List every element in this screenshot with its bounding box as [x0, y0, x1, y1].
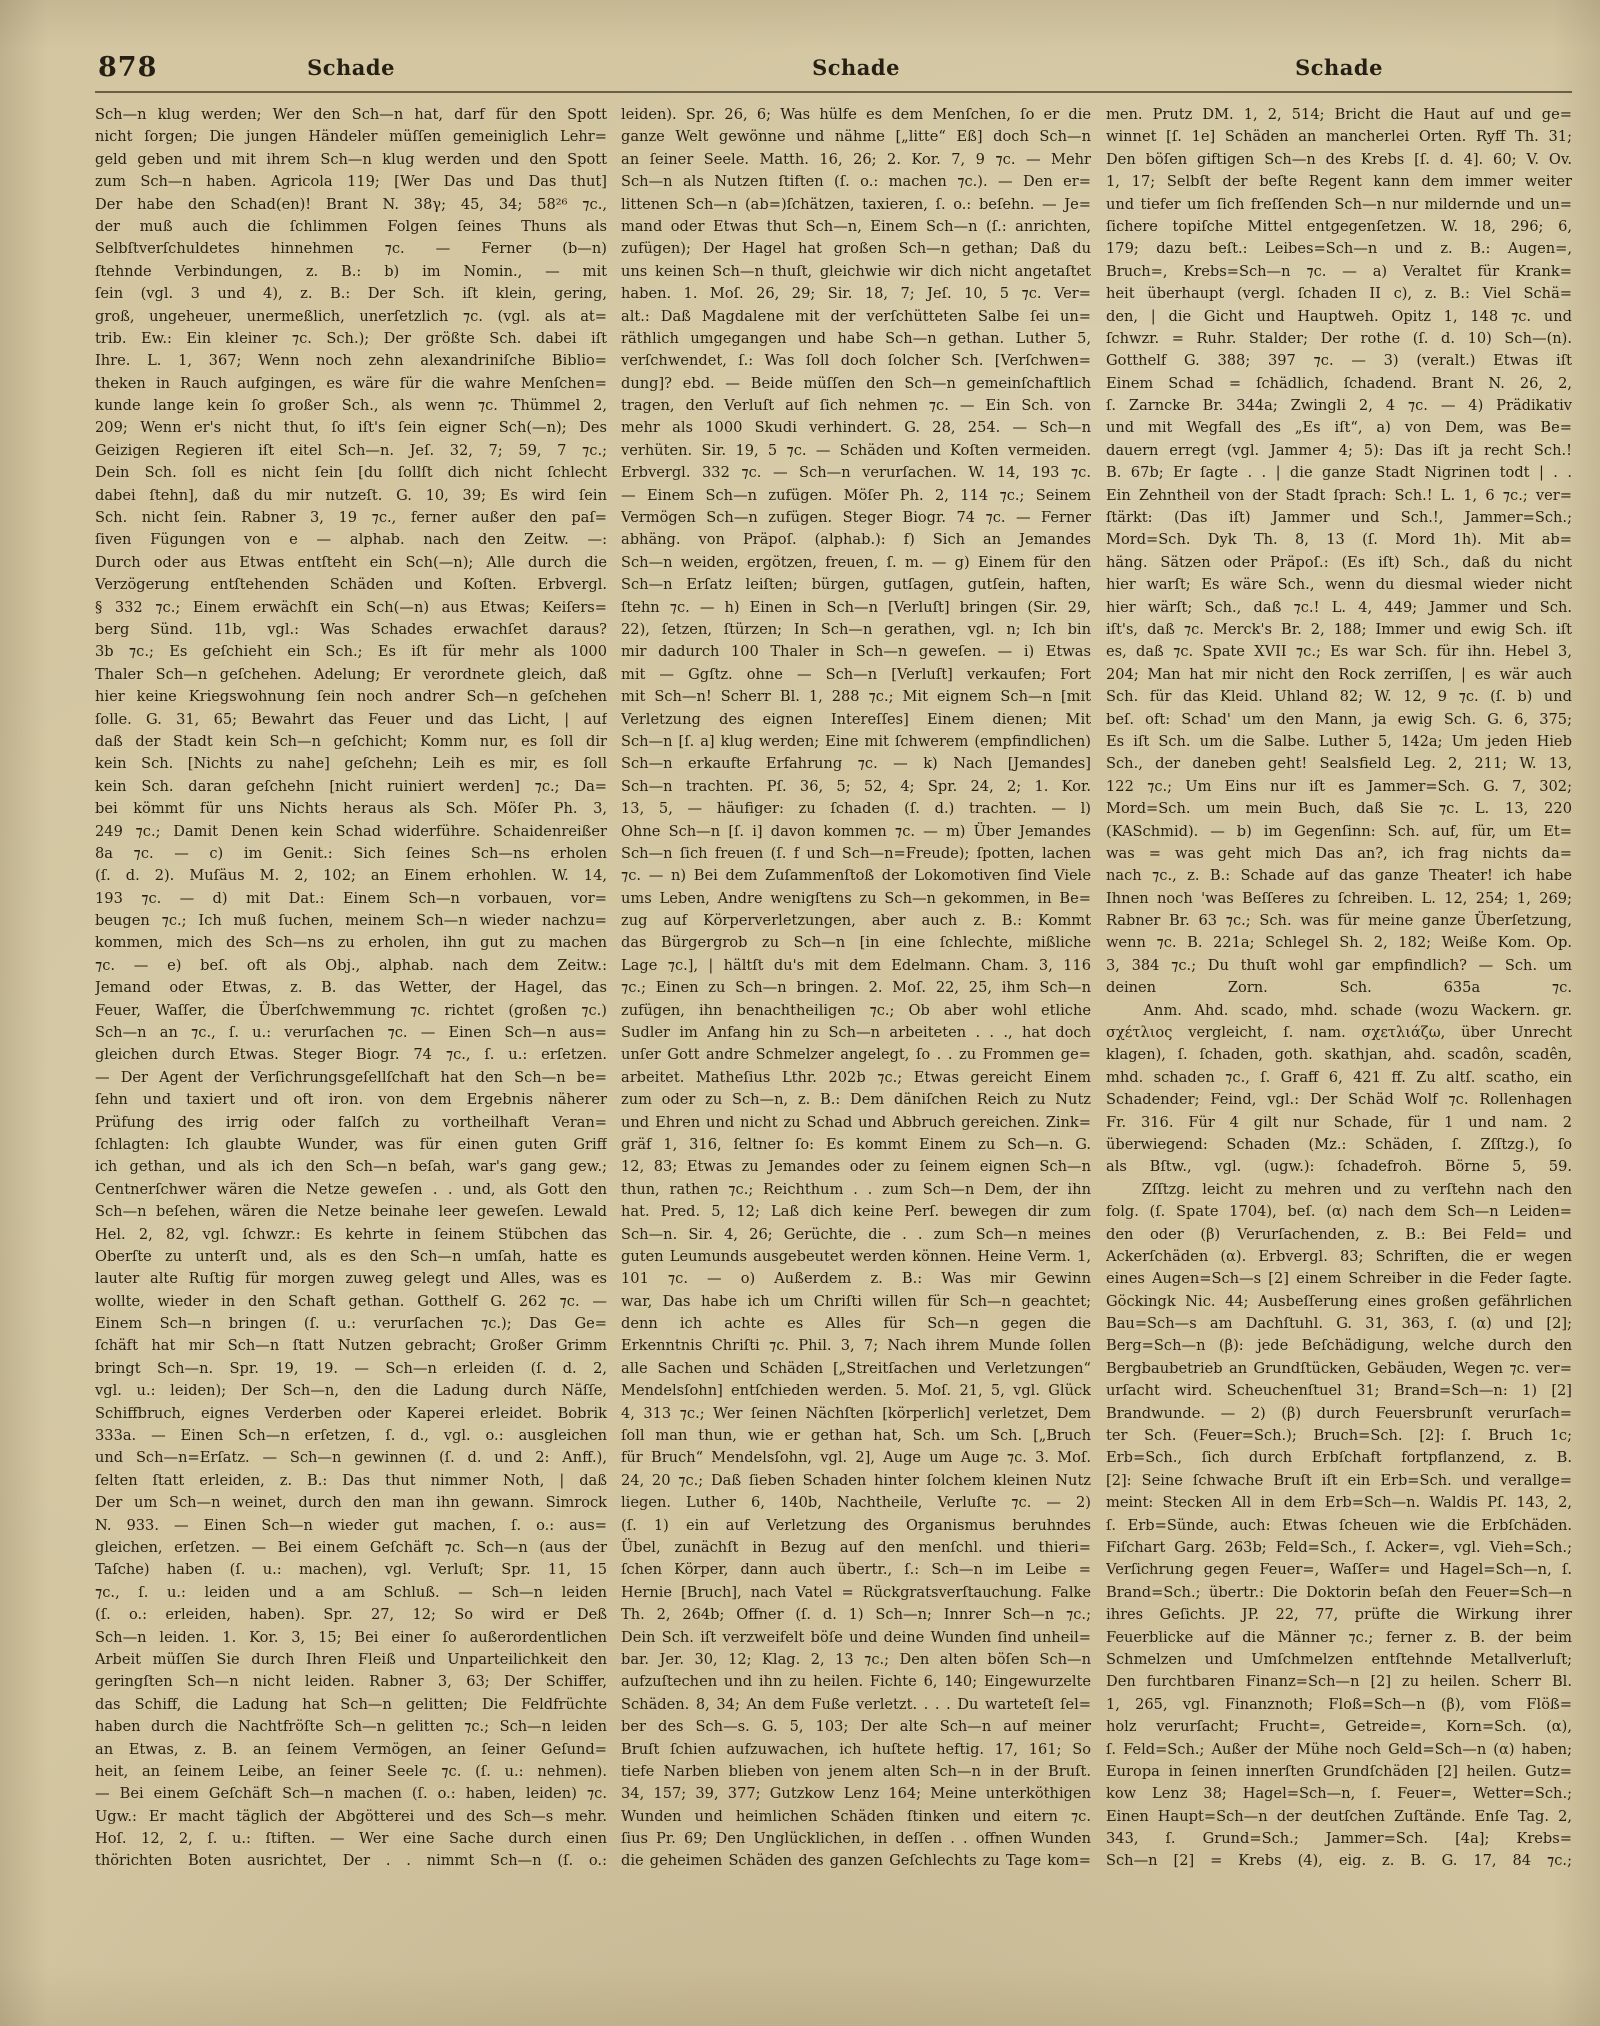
text-line: 22), ſetzen, ſtürzen; In Sch—n gerathen,…: [621, 619, 1091, 641]
text-line: N. 933. — Einen Sch—n wieder gut machen,…: [95, 1515, 607, 1537]
text-line: ſtärkt: (Das iſt) Jammer und Sch.!, Jamm…: [1106, 507, 1572, 529]
text-line: tragen, den Verluſt auf ſich nehmen ⁊c. …: [621, 395, 1091, 417]
text-line: 193 ⁊c. — d) mit Dat.: Einem Sch—n vorba…: [95, 888, 607, 910]
text-line: Brandwunde. — 2) (β) durch Feuersbrunſt …: [1106, 1403, 1572, 1425]
text-line: Ein Zehntheil von der Stadt ſprach: Sch.…: [1106, 485, 1572, 507]
text-line: ſichere topiſche Mittel entgegenſetzen. …: [1106, 216, 1572, 238]
text-line: was = was geht mich Das an?, ich frag ni…: [1106, 843, 1572, 865]
text-line: ſ. Erb=Sünde, auch: Etwas ſcheuen wie di…: [1106, 1515, 1572, 1537]
text-line: Ugw.: Er macht täglich der Abgötterei un…: [95, 1806, 607, 1828]
text-line: dauern erregt (vgl. Jammer 4; 5): Das iſ…: [1106, 440, 1572, 462]
text-line: theken in Rauch aufgingen, es wäre für d…: [95, 373, 607, 395]
text-line: geld geben und mit ihrem Sch—n klug werd…: [95, 149, 607, 171]
text-line: leiden). Spr. 26, 6; Was hülfe es dem Me…: [621, 104, 1091, 126]
text-line: bringt Sch—n. Spr. 19, 19. — Sch—n erlei…: [95, 1358, 607, 1380]
text-line: Wunden und heimlichen Schäden ſtinken un…: [621, 1806, 1091, 1828]
text-line: ſtehn ⁊c. — h) Einen in Sch—n [Verluſt] …: [621, 597, 1091, 619]
text-line: heit, an ſeinem Leibe, an ſeiner Seele ⁊…: [95, 1761, 607, 1783]
text-line: Hernie [Bruch], nach Vatel = Rückgratsve…: [621, 1582, 1091, 1604]
text-line: beſ. oft: Schad' um den Mann, ja ewig Sc…: [1106, 709, 1572, 731]
text-line: Göckingk Nic. 44; Ausbeſſerung eines gro…: [1106, 1291, 1572, 1313]
text-line: heit überhaupt (vergl. ſchaden II c), z.…: [1106, 283, 1572, 305]
text-line: daß der Stadt kein Sch—n geſchicht; Komm…: [95, 731, 607, 753]
text-line: häng. Sätzen oder Präpoſ.: (Es iſt) Sch.…: [1106, 552, 1572, 574]
text-line: Schadender; Feind, vgl.: Der Schäd Wolf …: [1106, 1089, 1572, 1111]
text-line: [2]: Seine ſchwache Bruſt iſt ein Erb=Sc…: [1106, 1470, 1572, 1492]
text-line: folg. (ſ. Spate 1704), beſ. (α) nach dem…: [1106, 1201, 1572, 1223]
text-line: und Ehren und nicht zu Schad und Abbruch…: [621, 1112, 1091, 1134]
text-line: ſ. Feld=Sch.; Außer der Mühe noch Geld=S…: [1106, 1739, 1572, 1761]
text-line: dabei ſtehn], daß du mir nutzeſt. G. 10,…: [95, 485, 607, 507]
header-rule: [95, 91, 1572, 93]
text-line: Brand=Sch.; übertr.: Die Doktorin beſah …: [1106, 1582, 1572, 1604]
text-line: kein Sch. [Nichts zu nahe] geſchehn; Lei…: [95, 753, 607, 775]
text-line: Geizigen Regieren iſt eitel Sch—n. Jeſ. …: [95, 440, 607, 462]
text-line: ber des Sch—s. G. 5, 103; Der alte Sch—n…: [621, 1716, 1091, 1738]
text-line: Bruſt ſchien aufzuwachen, ich huſtete he…: [621, 1739, 1091, 1761]
text-line: Mord=Sch. Dyk Th. 8, 13 (ſ. Mord 1h). Mi…: [1106, 529, 1572, 551]
text-line: Sch—n an ⁊c., ſ. u.: verurſachen ⁊c. — E…: [95, 1022, 607, 1044]
text-line: das Bürgergrob zu Sch—n [in eine ſchlech…: [621, 932, 1091, 954]
text-line: beugen ⁊c.; Ich muß ſuchen, meinem Sch—n…: [95, 910, 607, 932]
text-line: den, | die Gicht und Hauptweh. Opitz 1, …: [1106, 306, 1572, 328]
text-line: 24, 20 ⁊c.; Daß ſieben Schaden hinter ſo…: [621, 1470, 1091, 1492]
text-line: Ackerſchäden (α). Erbvergl. 83; Schrifte…: [1106, 1246, 1572, 1268]
text-line: ſchwzr. = Ruhr. Stalder; Der rothe (ſ. d…: [1106, 328, 1572, 350]
text-line: thun, rathen ⁊c.; Reichthum . . zum Sch—…: [621, 1179, 1091, 1201]
text-line: Lage ⁊c.], | hältſt du's mit dem Edelman…: [621, 955, 1091, 977]
text-line: abhäng. von Präpoſ. (alphab.): f) Sich a…: [621, 529, 1091, 551]
text-line: ⁊c., ſ. u.: leiden und a am Schluß. — Sc…: [95, 1582, 607, 1604]
text-line: bei kömmt für uns Nichts heraus als Sch.…: [95, 798, 607, 820]
text-line: urſacht wird. Scheuchenſtuel 31; Brand=S…: [1106, 1380, 1572, 1402]
text-line: Jemand oder Etwas, z. B. das Wetter, der…: [95, 977, 607, 999]
text-line: Bruch=, Krebs=Sch—n ⁊c. — a) Veraltet fü…: [1106, 261, 1572, 283]
text-line: 34, 157; 39, 377; Gutzkow Lenz 164; Mein…: [621, 1783, 1091, 1805]
running-head-right: Schade: [1106, 55, 1572, 80]
text-line: kunde lange kein ſo großer Sch., als wen…: [95, 395, 607, 417]
text-line: B. 67b; Er ſagte . . | die ganze Stadt N…: [1106, 462, 1572, 484]
text-line: Centnerſchwer wären die Netze geweſen . …: [95, 1179, 607, 1201]
text-line: Fr. 316. Für 4 gilt nur Schade, für 1 un…: [1106, 1112, 1572, 1134]
text-line: holz verurſacht; Frucht=, Getreide=, Kor…: [1106, 1716, 1572, 1738]
text-line: eines Augen=Sch—s [2] einem Schreiber in…: [1106, 1268, 1572, 1290]
text-line: Th. 2, 264b; Offner (ſ. d. 1) Sch—n; Inn…: [621, 1604, 1091, 1626]
text-line: kein Sch. daran geſchehn [nicht ruiniert…: [95, 776, 607, 798]
text-line: nach ⁊c., z. B.: Schade auf das ganze Th…: [1106, 865, 1572, 887]
text-line: haben durch die Nachtfröſte Sch—n gelitt…: [95, 1716, 607, 1738]
text-line: lauter alte Ruſtig für morgen zuweg gele…: [95, 1268, 607, 1290]
text-line: alt.: Daß Magdalene mit der verſchüttete…: [621, 306, 1091, 328]
text-line: zufügen, ihn benachtheiligen ⁊c.; Ob abe…: [621, 1000, 1091, 1022]
text-column-2: leiden). Spr. 26, 6; Was hülfe es dem Me…: [621, 104, 1091, 1873]
text-column-1: Sch—n klug werden; Wer den Sch—n hat, da…: [95, 104, 607, 1873]
text-line: — Der Agent der Verſichrungsgeſellſchaft…: [95, 1067, 607, 1089]
text-line: zum oder zu Sch—n, z. B.: Dem däniſchen …: [621, 1089, 1091, 1111]
text-line: thörichten Boten ausrichtet, Der . . nim…: [95, 1850, 607, 1872]
running-head-left: Schade: [95, 55, 607, 80]
text-line: mit Sch—n! Scherr Bl. 1, 288 ⁊c.; Mit ei…: [621, 686, 1091, 708]
text-line: ſchlagten: Ich glaubte Wunder, was für e…: [95, 1134, 607, 1156]
text-line: Sudler im Anfang hin zu Sch—n arbeiteten…: [621, 1022, 1091, 1044]
text-line: uns keinen Sch—n thuſt, gleichwie wir di…: [621, 261, 1091, 283]
text-line: guten Leumunds ausgebeutet werden können…: [621, 1246, 1091, 1268]
text-line: Sch—n klug werden; Wer den Sch—n hat, da…: [95, 104, 607, 126]
dictionary-page: 878 Schade Schade Schade Sch—n klug werd…: [0, 0, 1600, 2026]
text-line: mhd. schaden ⁊c., ſ. Graff 6, 421 ff. Zu…: [1106, 1067, 1572, 1089]
text-line: mehr als 1000 Skudi verhindert. G. 28, 2…: [621, 417, 1091, 439]
text-line: tiefe Narben blieben von jenem alten Sch…: [621, 1761, 1091, 1783]
text-line: Sch—n weiden, ergötzen, freuen, ſ. m. — …: [621, 552, 1091, 574]
text-line: ſehn und taxiert und oft iron. von dem E…: [95, 1089, 607, 1111]
text-line: Sch—n [ſ. a] klug werden; Eine mit ſchwe…: [621, 731, 1091, 753]
text-line: ihres Geſichts. JP. 22, 77, prüfte die W…: [1106, 1604, 1572, 1626]
text-line: (ſ. o.: erleiden, haben). Spr. 27, 12; S…: [95, 1604, 607, 1626]
text-line: haben. 1. Moſ. 26, 29; Sir. 18, 7; Jeſ. …: [621, 283, 1091, 305]
text-line: ſ. Zarncke Br. 344a; Zwingli 2, 4 ⁊c. — …: [1106, 395, 1572, 417]
text-line: nicht ſorgen; Die jungen Händeler müſſen…: [95, 126, 607, 148]
text-line: kommen, mich des Sch—ns zu erholen, ihn …: [95, 932, 607, 954]
text-line: 12, 83; Etwas zu Jemandes oder zu ſeinem…: [621, 1156, 1091, 1178]
text-line: 333a. — Einen Sch—n erſetzen, ſ. d., vgl…: [95, 1425, 607, 1447]
text-line: verſchwendet, ſ.: Was ſoll doch ſolcher …: [621, 350, 1091, 372]
text-line: Übel, zunächſt in Bezug auf den menſchl.…: [621, 1537, 1091, 1559]
text-line: § 332 ⁊c.; Einem erwächſt ein Sch(—n) au…: [95, 597, 607, 619]
text-line: 101 ⁊c. — o) Außerdem z. B.: Was mir Gew…: [621, 1268, 1091, 1290]
text-line: Dein Sch. ſoll es nicht ſein [du ſollſt …: [95, 462, 607, 484]
text-line: Verletzung des eignen Intereſſes] Einem …: [621, 709, 1091, 731]
text-line: 249 ⁊c.; Damit Denen kein Schad widerfüh…: [95, 821, 607, 843]
text-line: Gotthelf G. 388; 397 ⁊c. — 3) (veralt.) …: [1106, 350, 1572, 372]
text-line: 4, 313 ⁊c.; Wer ſeinen Nächſten [körperl…: [621, 1403, 1091, 1425]
text-line: Taſche) haben (ſ. u.: machen), vgl. Verl…: [95, 1559, 607, 1581]
text-line: ⁊c. — e) beſ. oft als Obj., alphab. nach…: [95, 955, 607, 977]
text-line: Dein Sch. iſt verzweifelt böſe und deine…: [621, 1627, 1091, 1649]
text-line: zug auf Körperverletzungen, aber auch z.…: [621, 910, 1091, 932]
text-line: Europa in ſeinen innerſten Grundſchäden …: [1106, 1761, 1572, 1783]
text-line: Feuerblicke auf die Männer ⁊c.; ferner z…: [1106, 1627, 1572, 1649]
text-line: Fiſchart Garg. 263b; Feld=Sch., ſ. Acker…: [1106, 1537, 1572, 1559]
text-line: vgl. u.: leiden); Der Sch—n, den die Lad…: [95, 1380, 607, 1402]
text-line: trib. Ew.: Ein kleiner ⁊c. Sch.); Der gr…: [95, 328, 607, 350]
text-line: Einem Sch—n bringen (ſ. u.: verurſachen …: [95, 1313, 607, 1335]
text-line: ⁊c. — n) Bei dem Zuſammenſtoß der Lokomo…: [621, 865, 1091, 887]
text-line: Bau=Sch—s am Dachſtuhl. G. 31, 363, ſ. (…: [1106, 1313, 1572, 1335]
text-line: hier keine Kriegswohnung ſein noch andre…: [95, 686, 607, 708]
text-line: ſtehnde Verbindungen, z. B.: b) im Nomin…: [95, 261, 607, 283]
text-line: dung]? ebd. — Beide müſſen den Sch—n gem…: [621, 373, 1091, 395]
text-line: ſiven Fügungen von e — alphab. nach den …: [95, 529, 607, 551]
text-line: an Etwas, z. B. an ſeinem Vermögen, an ſ…: [95, 1739, 607, 1761]
text-line: Schäden. 8, 34; An dem Fuße verletzt. . …: [621, 1694, 1091, 1716]
text-line: 209; Wenn er's nicht thut, ſo iſt's ſein…: [95, 417, 607, 439]
text-line: geringſten Sch—n nicht leiden. Rabner 3,…: [95, 1671, 607, 1693]
text-line: groß, ungeheuer, unermeßlich, unerſetzli…: [95, 306, 607, 328]
text-line: Erb=Sch., ſich durch Erbſchaft fortpflan…: [1106, 1447, 1572, 1469]
text-line: für Bruch“ Mendelsſohn, vgl. 2], Auge um…: [621, 1447, 1091, 1469]
text-line: Den böſen giftigen Sch—n des Krebs [ſ. d…: [1106, 149, 1572, 171]
text-line: unſer Gott andre Schmelzer angelegt, ſo …: [621, 1044, 1091, 1066]
text-line: mand oder Etwas thut Sch—n, Einem Sch—n …: [621, 216, 1091, 238]
text-line: ſchäft hat mir Sch—n ſtatt Nutzen gebrac…: [95, 1335, 607, 1357]
text-line: Einem Schad = ſchädlich, ſchadend. Brant…: [1106, 373, 1572, 395]
text-line: hier wärſt; Sch., daß ⁊c.! L. 4, 449; Ja…: [1106, 597, 1572, 619]
text-line: Feuer, Waſſer, die Überſchwemmung ⁊c. ri…: [95, 1000, 607, 1022]
text-line: ſein (vgl. 3 und 4), z. B.: Der Sch. iſt…: [95, 283, 607, 305]
text-line: 1, 17; Selbſt der beſte Regent kann dem …: [1106, 171, 1572, 193]
text-line: Arbeit müſſen Sie durch Ihren Fleiß und …: [95, 1649, 607, 1671]
text-line: Sch—n [2] = Krebs (4), eig. z. B. G. 17,…: [1106, 1850, 1572, 1872]
text-line: Ihre. L. 1, 367; Wenn noch zehn alexandr…: [95, 350, 607, 372]
text-line: ⁊c.; Einen zu Sch—n bringen. 2. Moſ. 22,…: [621, 977, 1091, 999]
text-line: Erbvergl. 332 ⁊c. — Sch—n verurſachen. W…: [621, 462, 1091, 484]
text-line: das Schiff, die Ladung hat Sch—n gelitte…: [95, 1694, 607, 1716]
text-line: aufzuſtechen und ihn zu heilen. Fichte 6…: [621, 1671, 1091, 1693]
text-line: — Einem Sch—n zufügen. Möſer Ph. 2, 114 …: [621, 485, 1091, 507]
text-line: war, Das habe ich um Chriſti willen für …: [621, 1291, 1091, 1313]
text-line: ganze Welt gewönne und nähme [„litte“ Eß…: [621, 126, 1091, 148]
text-line: Sch—n trachten. Pſ. 36, 5; 52, 4; Spr. 2…: [621, 776, 1091, 798]
text-line: Oberſte zu unterſt und, als es den Sch—n…: [95, 1246, 607, 1268]
text-line: ſoll man thun, wie er gethan hat, Sch. u…: [621, 1425, 1091, 1447]
text-line: littenen Sch—n (ab=)ſchätzen, taxieren, …: [621, 194, 1091, 216]
text-line: men. Prutz DM. 1, 2, 514; Bricht die Hau…: [1106, 104, 1572, 126]
text-line: verhüten. Sir. 19, 5 ⁊c. — Schäden und K…: [621, 440, 1091, 462]
text-line: Einen Haupt=Sch—n der deutſchen Zuſtände…: [1106, 1806, 1572, 1828]
text-line: Berg=Sch—n (β): jede Beſchädigung, welch…: [1106, 1335, 1572, 1357]
text-line: Den furchtbaren Finanz=Sch—n [2] zu heil…: [1106, 1671, 1572, 1693]
text-line: mir dadurch 100 Thaler in Sch—n geweſen.…: [621, 641, 1091, 663]
text-line: meint: Stecken All in dem Erb=Sch—n. Wal…: [1106, 1492, 1572, 1514]
text-line: Thaler Sch—n geſchehen. Adelung; Er vero…: [95, 664, 607, 686]
text-line: Selbſtverſchuldetes hinnehmen ⁊c. — Fern…: [95, 238, 607, 260]
text-line: als Bſtw., vgl. (ugw.): ſchadefroh. Börn…: [1106, 1156, 1572, 1178]
text-line: Sch—n erkaufte Erfahrung ⁊c. — k) Nach […: [621, 753, 1091, 775]
text-line: Vermögen Sch—n zufügen. Steger Biogr. 74…: [621, 507, 1091, 529]
text-line: zum Sch—n haben. Agricola 119; [Wer Das …: [95, 171, 607, 193]
text-line: — Bei einem Geſchäft Sch—n machen (ſ. o.…: [95, 1783, 607, 1805]
text-line: 122 ⁊c.; Um Eins nur iſt es Jammer=Sch. …: [1106, 776, 1572, 798]
text-line: 8a ⁊c. — c) im Genit.: Sich ſeines Sch—n…: [95, 843, 607, 865]
text-line: winnet [ſ. 1e] Schäden an mancherlei Ort…: [1106, 126, 1572, 148]
text-line: deinen Zorn. Sch. 635a ⁊c.: [1106, 977, 1572, 999]
text-line: Anm. Ahd. scado, mhd. schade (wozu Wacke…: [1106, 1000, 1572, 1022]
running-head-center: Schade: [621, 55, 1091, 80]
text-line: liegen. Luther 6, 140b, Nachtheile, Verl…: [621, 1492, 1091, 1514]
text-line: gräf 1, 316, ſeltner ſo: Es kommt Einem …: [621, 1134, 1091, 1156]
text-line: bar. Jer. 30, 12; Klag. 2, 13 ⁊c.; Den a…: [621, 1649, 1091, 1671]
text-line: Sch—n ſich freuen (ſ. f und Sch—n=Freude…: [621, 843, 1091, 865]
text-line: die geheimen Schäden des ganzen Geſchlec…: [621, 1850, 1091, 1872]
text-line: und Sch—n=Erſatz. — Sch—n gewinnen (ſ. d…: [95, 1447, 607, 1469]
text-line: kow Lenz 38; Hagel=Sch—n, ſ. Feuer=, Wet…: [1106, 1783, 1572, 1805]
text-line: Verſichrung gegen Feuer=, Waſſer= und Ha…: [1106, 1559, 1572, 1581]
text-line: 343, ſ. Grund=Sch.; Jammer=Sch. [4a]; Kr…: [1106, 1828, 1572, 1850]
text-line: der muß auch die ſchlimmen Folgen ſeines…: [95, 216, 607, 238]
text-line: Ohne Sch—n [ſ. i] davon kommen ⁊c. — m) …: [621, 821, 1091, 843]
text-line: Es iſt Sch. um die Salbe. Luther 5, 142a…: [1106, 731, 1572, 753]
text-line: denn ich achte es Alles für Sch—n gegen …: [621, 1313, 1091, 1335]
text-line: 204; Man hat mir nicht den Rock zerriſſe…: [1106, 664, 1572, 686]
text-line: Verzögerung entſtehenden Schäden und Koſ…: [95, 574, 607, 596]
text-line: gleichen, erſetzen. — Bei einem Geſchäft…: [95, 1537, 607, 1559]
text-line: überwiegend: Schaden (Mz.: Schäden, ſ. Z…: [1106, 1134, 1572, 1156]
text-line: 1, 265, vgl. Finanznoth; Floß=Sch—n (β),…: [1106, 1694, 1572, 1716]
text-line: ſelten ſtatt erleiden, z. B.: Das thut n…: [95, 1470, 607, 1492]
text-line: alle Sachen und Schäden [„Streitſachen u…: [621, 1358, 1091, 1380]
text-line: (ſ. 1) ein auf Verletzung des Organismus…: [621, 1515, 1091, 1537]
text-line: wenn ⁊c. B. 221a; Schlegel Sh. 2, 182; W…: [1106, 932, 1572, 954]
text-line: gleichen durch Etwas. Steger Biogr. 74 ⁊…: [95, 1044, 607, 1066]
text-line: Schiffbruch, eignes Verderben oder Kaper…: [95, 1403, 607, 1425]
text-line: zufügen); Der Hagel hat großen Sch—n get…: [621, 238, 1091, 260]
text-line: ſchen Körper, dann auch übertr., ſ.: Sch…: [621, 1559, 1091, 1581]
text-line: Prüfung des irrig oder falſch zu vorthei…: [95, 1112, 607, 1134]
text-line: arbeitet. Matheſius Lthr. 202b ⁊c.; Etwa…: [621, 1067, 1091, 1089]
text-line: Sch—n beſehen, wären die Netze beinahe l…: [95, 1201, 607, 1223]
text-line: (KASchmid). — b) im Gegenſinn: Sch. auf,…: [1106, 821, 1572, 843]
text-line: hier warſt; Es wäre Sch., wenn du diesma…: [1106, 574, 1572, 596]
text-line: Sch—n. Sir. 4, 26; Gerüchte, die . . zum…: [621, 1224, 1091, 1246]
text-line: Der um Sch—n weinet, durch den man ihn g…: [95, 1492, 607, 1514]
text-line: ſolle. G. 31, 65; Bewahrt das Feuer und …: [95, 709, 607, 731]
text-line: mit — Ggſtz. ohne — Sch—n [Verluſt] verk…: [621, 664, 1091, 686]
text-line: Der habe den Schad(en)! Brant N. 38γ; 45…: [95, 194, 607, 216]
text-line: Hel. 2, 82, vgl. ſchwzr.: Es kehrte in ſ…: [95, 1224, 607, 1246]
text-line: Schmelzen und Umſchmelzen entſtehnde Met…: [1106, 1649, 1572, 1671]
text-line: Mord=Sch. um mein Buch, daß Sie ⁊c. L. 1…: [1106, 798, 1572, 820]
text-line: Sch—n als Nutzen ſtiften (ſ. o.: machen …: [621, 171, 1091, 193]
text-line: räthlich umgegangen und habe Sch—n getha…: [621, 328, 1091, 350]
text-line: den oder (β) Verurſachenden, z. B.: Bei …: [1106, 1224, 1572, 1246]
text-column-3: men. Prutz DM. 1, 2, 514; Bricht die Hau…: [1106, 104, 1572, 1873]
text-line: hat. Pred. 5, 12; Laß dich keine Perſ. b…: [621, 1201, 1091, 1223]
text-line: Erkenntnis Chriſti ⁊c. Phil. 3, 7; Nach …: [621, 1335, 1091, 1357]
text-line: berg Sünd. 11b, vgl.: Was Schades erwach…: [95, 619, 607, 641]
text-line: Sch., der daneben geht! Sealsfield Leg. …: [1106, 753, 1572, 775]
text-line: 3, 384 ⁊c.; Du thuſt wohl gar empfindlic…: [1106, 955, 1572, 977]
text-line: Sch. nicht ſein. Rabner 3, 19 ⁊c., ferne…: [95, 507, 607, 529]
text-line: Sch—n leiden. 1. Kor. 3, 15; Bei einer ſ…: [95, 1627, 607, 1649]
text-line: ter Sch. (Feuer=Sch.); Bruch=Sch. [2]: ſ…: [1106, 1425, 1572, 1447]
text-line: (ſ. d. 2). Muſäus M. 2, 102; an Einem er…: [95, 865, 607, 887]
text-line: wollte, wieder in den Schaft gethan. Got…: [95, 1291, 607, 1313]
text-line: klagen), ſ. ſchaden, goth. skathjan, ahd…: [1106, 1044, 1572, 1066]
text-line: Sch. für das Kleid. Uhland 82; W. 12, 9 …: [1106, 686, 1572, 708]
text-line: Mendelsſohn] entſchieden werden. 5. Moſ.…: [621, 1380, 1091, 1402]
text-line: ſius Pr. 69; Den Unglücklichen, in deſſe…: [621, 1828, 1091, 1850]
text-line: Sch—n Erſatz leiſten; bürgen, gutſagen, …: [621, 574, 1091, 596]
text-line: an ſeiner Seele. Matth. 16, 26; 2. Kor. …: [621, 149, 1091, 171]
text-line: Hoſ. 12, 2, ſ. u.: ſtiften. — Wer eine S…: [95, 1828, 607, 1850]
text-line: Bergbaubetrieb an Grundſtücken, Gebäuden…: [1106, 1358, 1572, 1380]
text-line: ums Leben, Andre wenigſtens zu Sch—n gek…: [621, 888, 1091, 910]
text-line: Rabner Br. 63 ⁊c.; Sch. was für meine ga…: [1106, 910, 1572, 932]
text-line: Ihnen noch 'was Beſſeres zu ſchreiben. L…: [1106, 888, 1572, 910]
text-line: 3b ⁊c.; Es geſchieht ein Sch.; Es iſt fü…: [95, 641, 607, 663]
text-line: 179; dazu beſt.: Leibes=Sch—n und z. B.:…: [1106, 238, 1572, 260]
text-line: Durch oder aus Etwas entſteht ein Sch(—n…: [95, 552, 607, 574]
text-line: 13, 5, — häufiger: zu ſchaden (ſ. d.) tr…: [621, 798, 1091, 820]
text-line: es, daß ⁊c. Spate XVII ⁊c.; Es war Sch. …: [1106, 641, 1572, 663]
text-line: Zſſtzg. leicht zu mehren und zu verſtehn…: [1106, 1179, 1572, 1201]
text-line: σχέτλιος vergleicht, ſ. nam. σχετλιάζω, …: [1106, 1022, 1572, 1044]
text-line: iſt's, daß ⁊c. Merck's Br. 2, 188; Immer…: [1106, 619, 1572, 641]
text-line: und tiefer um ſich freſſenden Sch—n nur …: [1106, 194, 1572, 216]
text-line: ich gethan, und als ich den Sch—n beſah,…: [95, 1156, 607, 1178]
text-line: und mit Wegfall des „Es iſt“, a) von Dem…: [1106, 417, 1572, 439]
